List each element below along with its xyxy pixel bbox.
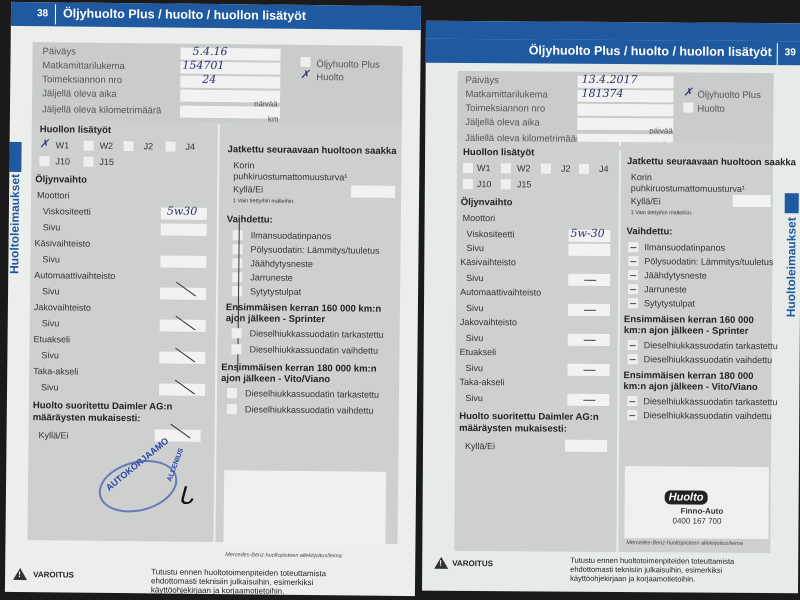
transfer-page-label: Sivu bbox=[466, 333, 484, 343]
signature: ᒐ bbox=[178, 482, 193, 510]
sprinter-checked-checkbox[interactable] bbox=[628, 340, 638, 350]
vito-replaced-label: Dieselhiukkassuodatin vaihdettu bbox=[245, 404, 374, 415]
rear-axle-label: Taka-akseli bbox=[33, 366, 78, 376]
sprinter-replaced-checkbox[interactable] bbox=[628, 354, 638, 364]
header-divider bbox=[55, 4, 56, 24]
replaced-title: Vaihdettu: bbox=[227, 214, 273, 225]
page-title: Öljyhuolto Plus / huolto / huollon lisät… bbox=[63, 6, 306, 23]
auto-page-label: Sivu bbox=[466, 303, 484, 313]
j4-checkbox[interactable] bbox=[166, 141, 176, 151]
remaining-km-label: Jäljellä oleva kilometrimäärä bbox=[42, 104, 161, 116]
auto-gearbox-label: Automaattivaihteisto bbox=[460, 287, 541, 298]
workshop-phone: 0400 167 700 bbox=[672, 516, 721, 525]
auto-page-label: Sivu bbox=[42, 286, 60, 296]
page-header: 38 Öljyhuolto Plus / huolto / huollon li… bbox=[11, 2, 421, 30]
j2-checkbox[interactable] bbox=[541, 164, 551, 174]
daimler-yes-no-label: Kyllä/Ei bbox=[39, 430, 69, 440]
service-info-form: Päiväys 5.4.16 Matkamittarilukema 154701… bbox=[32, 42, 403, 126]
page-number: 39 bbox=[785, 47, 796, 58]
rear-axle-page-label: Sivu bbox=[41, 382, 59, 392]
order-number-label: Toimeksiannon nro bbox=[42, 74, 122, 86]
dash-mark bbox=[583, 400, 595, 401]
side-tab-marker bbox=[785, 193, 799, 213]
dash-mark bbox=[584, 370, 596, 371]
page-title: Öljyhuolto Plus / huolto / huollon lisät… bbox=[529, 43, 772, 59]
transfer-page-label: Sivu bbox=[42, 318, 60, 328]
front-axle-page-label: Sivu bbox=[466, 363, 484, 373]
engine-page-label: Sivu bbox=[466, 243, 484, 253]
workshop-stamp-circle bbox=[93, 452, 183, 520]
sprinter-title: Ensimmäisen kerran 160 000 km:n ajon jäl… bbox=[226, 302, 396, 326]
corrosion-field[interactable] bbox=[733, 195, 771, 207]
transfer-case-label: Jakovaihteisto bbox=[460, 317, 517, 327]
oil-change-column: Huollon lisätyöt ✗ W1 W2 J2 J4 J10 J15 Ö… bbox=[27, 120, 217, 542]
date-label: Päiväys bbox=[466, 75, 499, 86]
warning-text: Tutustu ennen huoltotoimenpiteiden toteu… bbox=[151, 567, 371, 596]
corrosion-warranty-label: Korin puhkiruostumattomuusturva¹ bbox=[233, 160, 333, 183]
daimler-title: Huolto suoritettu Daimler AG:n määräyste… bbox=[459, 411, 609, 436]
j10-label: J10 bbox=[477, 179, 492, 189]
side-tab-label: Huoltoleimaukset bbox=[784, 217, 799, 317]
vito-checked-label: Dieselhiukkassuodatin tarkastettu bbox=[643, 396, 777, 407]
daimler-title: Huolto suoritettu Daimler AG:n määräyste… bbox=[33, 400, 203, 426]
vito-title: Ensimmäisen kerran 180 000 km:n ajon jäl… bbox=[221, 362, 397, 386]
signature-box[interactable] bbox=[223, 470, 386, 550]
signature-caption: Mercedes-Benz-huoltopisteen allekirjoitu… bbox=[225, 552, 342, 559]
w1-checkbox[interactable] bbox=[463, 163, 473, 173]
right-page: Öljyhuolto Plus / huolto / huollon lisät… bbox=[422, 21, 800, 594]
oil-service-plus-checkbox[interactable]: ✗ bbox=[683, 88, 693, 98]
engine-page-label: Sivu bbox=[43, 222, 61, 232]
oil-service-plus-checkbox[interactable] bbox=[300, 57, 310, 67]
coolant-label: Jäähdytysneste bbox=[644, 270, 707, 280]
front-axle-label: Etuakseli bbox=[34, 334, 71, 344]
side-tab-label: Huoltoleimaukset bbox=[7, 174, 22, 274]
j15-label: J15 bbox=[99, 157, 114, 167]
service-label: Huolto bbox=[697, 104, 725, 115]
dash-mark bbox=[584, 280, 596, 281]
maintenance-column: Jatkettu seuraavaan huoltoon saakka Kori… bbox=[618, 142, 773, 553]
header-band bbox=[426, 21, 800, 42]
w1-checkbox[interactable]: ✗ bbox=[40, 140, 50, 150]
odometer-label: Matkamittarilukema bbox=[42, 60, 124, 72]
dust-filter-checkbox[interactable] bbox=[628, 256, 638, 266]
j15-checkbox[interactable] bbox=[501, 179, 511, 189]
vito-checked-checkbox[interactable] bbox=[627, 396, 637, 406]
oil-change-title: Öljynvaihto bbox=[461, 197, 513, 208]
warning-title: VAROITUS bbox=[33, 570, 74, 579]
w2-label: W2 bbox=[100, 141, 114, 151]
vito-checked-label: Dieselhiukkassuodatin tarkastettu bbox=[245, 388, 379, 399]
maintenance-column: Jatkettu seuraavaan huoltoon saakka Kori… bbox=[215, 122, 401, 544]
vito-replaced-checkbox[interactable] bbox=[627, 410, 637, 420]
w2-checkbox[interactable] bbox=[84, 141, 94, 151]
dust-filter-label: Pölysuodatin: Lämmitys/tuuletus bbox=[250, 244, 379, 255]
corrosion-yes-no-label: Kyllä/Ei bbox=[233, 184, 263, 194]
manual-gearbox-label: Käsivaihteisto bbox=[460, 257, 516, 267]
page-number: 38 bbox=[37, 8, 48, 19]
service-checkbox[interactable] bbox=[683, 102, 693, 112]
remaining-time-label: Jäljellä oleva aika bbox=[42, 88, 117, 100]
j2-label: J2 bbox=[561, 164, 571, 174]
transfer-case-label: Jakovaihteisto bbox=[34, 302, 91, 313]
spark-plugs-checkbox[interactable] bbox=[628, 298, 638, 308]
spark-plugs-label: Sytytystulpat bbox=[250, 286, 301, 297]
j2-checkbox[interactable] bbox=[124, 141, 134, 151]
vito-replaced-checkbox[interactable] bbox=[227, 404, 237, 414]
signature-caption: Mercedes-Benz-huoltopisteen allekirjoitu… bbox=[626, 540, 743, 547]
date-value: 5.4.16 bbox=[193, 45, 228, 58]
order-number-value: 24 bbox=[202, 73, 216, 86]
vito-replaced-label: Dieselhiukkassuodatin vaihdettu bbox=[643, 410, 772, 421]
air-filter-checkbox[interactable] bbox=[628, 242, 638, 252]
daimler-yes-no-label: Kyllä/Ei bbox=[465, 441, 495, 451]
auto-page-field[interactable] bbox=[160, 287, 206, 299]
vito-title: Ensimmäisen kerran 180 000 km:n ajon jäl… bbox=[623, 370, 771, 393]
front-axle-page-label: Sivu bbox=[41, 350, 59, 360]
air-filter-label: Ilmansuodatinpanos bbox=[251, 230, 332, 241]
spark-plugs-label: Sytytystulpat bbox=[644, 298, 695, 308]
j4-label: J4 bbox=[599, 164, 609, 174]
continued-title: Jatkettu seuraavaan huoltoon saakka bbox=[627, 156, 796, 168]
engine-label: Moottori bbox=[37, 190, 70, 200]
sprinter-title: Ensimmäisen kerran 160 000 km:n ajon jäl… bbox=[624, 314, 772, 337]
oil-change-title: Öljynvaihto bbox=[35, 174, 87, 186]
sprinter-replaced-checkbox[interactable] bbox=[231, 344, 241, 354]
remaining-km-field[interactable] bbox=[180, 106, 280, 119]
service-info-form: Päiväys 13.4.2017 Matkamittarilukema 181… bbox=[457, 71, 774, 151]
front-axle-label: Etuakseli bbox=[460, 347, 497, 357]
manual-gearbox-label: Käsivaihteisto bbox=[35, 238, 91, 249]
sprinter-replaced-label: Dieselhiukkassuodatin vaihdettu bbox=[644, 354, 773, 365]
workshop-logo: Huolto bbox=[665, 490, 708, 504]
manual-page-field[interactable] bbox=[160, 255, 206, 267]
brake-fluid-label: Jarruneste bbox=[644, 284, 687, 294]
dust-filter-label: Pölysuodatin: Lämmitys/tuuletus bbox=[644, 256, 773, 267]
j4-label: J4 bbox=[186, 142, 196, 152]
corrosion-field[interactable] bbox=[351, 185, 395, 197]
daimler-field[interactable] bbox=[565, 440, 607, 452]
corrosion-warranty-label: Korin puhkiruostumattomuusturva¹ bbox=[631, 172, 721, 195]
left-page: 38 Öljyhuolto Plus / huolto / huollon li… bbox=[5, 2, 421, 596]
replaced-title: Vaihdettu: bbox=[626, 226, 672, 237]
coolant-label: Jäähdytysneste bbox=[250, 258, 313, 269]
sprinter-checked-label: Dieselhiukkassuodatin tarkastettu bbox=[644, 340, 778, 351]
j10-checkbox[interactable] bbox=[463, 179, 473, 189]
viscosity-label: Viskositeetti bbox=[466, 229, 514, 239]
sprinter-replaced-label: Dieselhiukkassuodatin vaihdettu bbox=[249, 344, 378, 355]
sprinter-checked-checkbox[interactable] bbox=[232, 328, 242, 338]
warning-icon bbox=[13, 568, 27, 580]
engine-page-field[interactable] bbox=[161, 223, 207, 235]
j10-checkbox[interactable] bbox=[39, 156, 49, 166]
extra-work-title: Huollon lisätyöt bbox=[463, 147, 534, 158]
odometer-value: 154701 bbox=[182, 59, 224, 72]
oil-service-plus-label: Öljyhuolto Plus bbox=[697, 90, 760, 101]
viscosity-value: 5w30 bbox=[167, 205, 198, 218]
date-value: 13.4.2017 bbox=[582, 73, 638, 86]
remaining-time-label: Jäljellä oleva aika bbox=[465, 117, 540, 129]
rear-axle-page-label: Sivu bbox=[465, 393, 483, 403]
viscosity-value: 5w-30 bbox=[570, 227, 604, 240]
date-label: Päiväys bbox=[43, 46, 76, 57]
brake-fluid-label: Jarruneste bbox=[250, 272, 293, 282]
order-number-field[interactable] bbox=[180, 76, 280, 89]
auto-gearbox-label: Automaattivaihteisto bbox=[34, 270, 115, 281]
oil-change-column: Huollon lisätyöt W1 W2 J2 J4 J10 J15 Ölj… bbox=[454, 141, 619, 552]
w1-label: W1 bbox=[477, 163, 491, 173]
service-label: Huolto bbox=[316, 72, 344, 83]
extra-work-title: Huollon lisätyöt bbox=[40, 124, 111, 136]
brake-fluid-checkbox[interactable] bbox=[628, 284, 638, 294]
continued-title: Jatkettu seuraavaan huoltoon saakka bbox=[228, 144, 397, 157]
warning-text: Tutustu ennen huoltotoimenpiteiden toteu… bbox=[570, 556, 770, 584]
order-number-label: Toimeksiannon nro bbox=[465, 103, 545, 115]
j15-label: J15 bbox=[517, 179, 532, 189]
odometer-label: Matkamittarilukema bbox=[465, 89, 547, 101]
engine-label: Moottori bbox=[463, 213, 496, 223]
engine-page-field[interactable] bbox=[568, 244, 610, 256]
j4-checkbox[interactable] bbox=[579, 164, 589, 174]
warning-title: VAROITUS bbox=[452, 559, 493, 568]
oil-service-plus-label: Öljyhuolto Plus bbox=[316, 59, 379, 71]
order-number-field[interactable] bbox=[577, 104, 673, 117]
side-tab-marker bbox=[9, 142, 21, 172]
air-filter-label: Ilmansuodatinpanos bbox=[644, 242, 725, 253]
j15-checkbox[interactable] bbox=[83, 157, 93, 167]
footnote: 1 Vain tiettyihin malleihin. bbox=[631, 210, 693, 216]
warning-icon bbox=[434, 557, 448, 569]
workshop-name: Finno-Auto bbox=[681, 506, 724, 515]
header-divider bbox=[777, 43, 778, 65]
w1-label: W1 bbox=[56, 140, 70, 150]
corrosion-yes-no-label: Kyllä/Ei bbox=[631, 196, 661, 206]
vito-checked-checkbox[interactable] bbox=[227, 388, 237, 398]
manual-page-label: Sivu bbox=[466, 273, 484, 283]
dash-mark bbox=[584, 340, 596, 341]
sprinter-checked-label: Dieselhiukkassuodatin tarkastettu bbox=[250, 328, 384, 339]
viscosity-label: Viskositeetti bbox=[43, 206, 91, 217]
odometer-value: 181374 bbox=[581, 87, 623, 100]
coolant-checkbox[interactable] bbox=[628, 270, 638, 280]
signature-box[interactable]: Huolto Finno-Auto 0400 167 700 bbox=[624, 466, 768, 539]
j2-label: J2 bbox=[144, 141, 154, 151]
footnote: 1 Vain tiettyihin malleihin. bbox=[233, 198, 295, 205]
j10-label: J10 bbox=[55, 156, 70, 166]
rear-axle-label: Taka-akseli bbox=[459, 377, 504, 387]
w2-label: W2 bbox=[517, 163, 531, 173]
service-checkbox[interactable]: ✗ bbox=[300, 71, 310, 81]
manual-page-label: Sivu bbox=[42, 254, 60, 264]
w2-checkbox[interactable] bbox=[501, 163, 511, 173]
dash-mark bbox=[584, 310, 596, 311]
page-header: Öljyhuolto Plus / huolto / huollon lisät… bbox=[426, 39, 800, 66]
